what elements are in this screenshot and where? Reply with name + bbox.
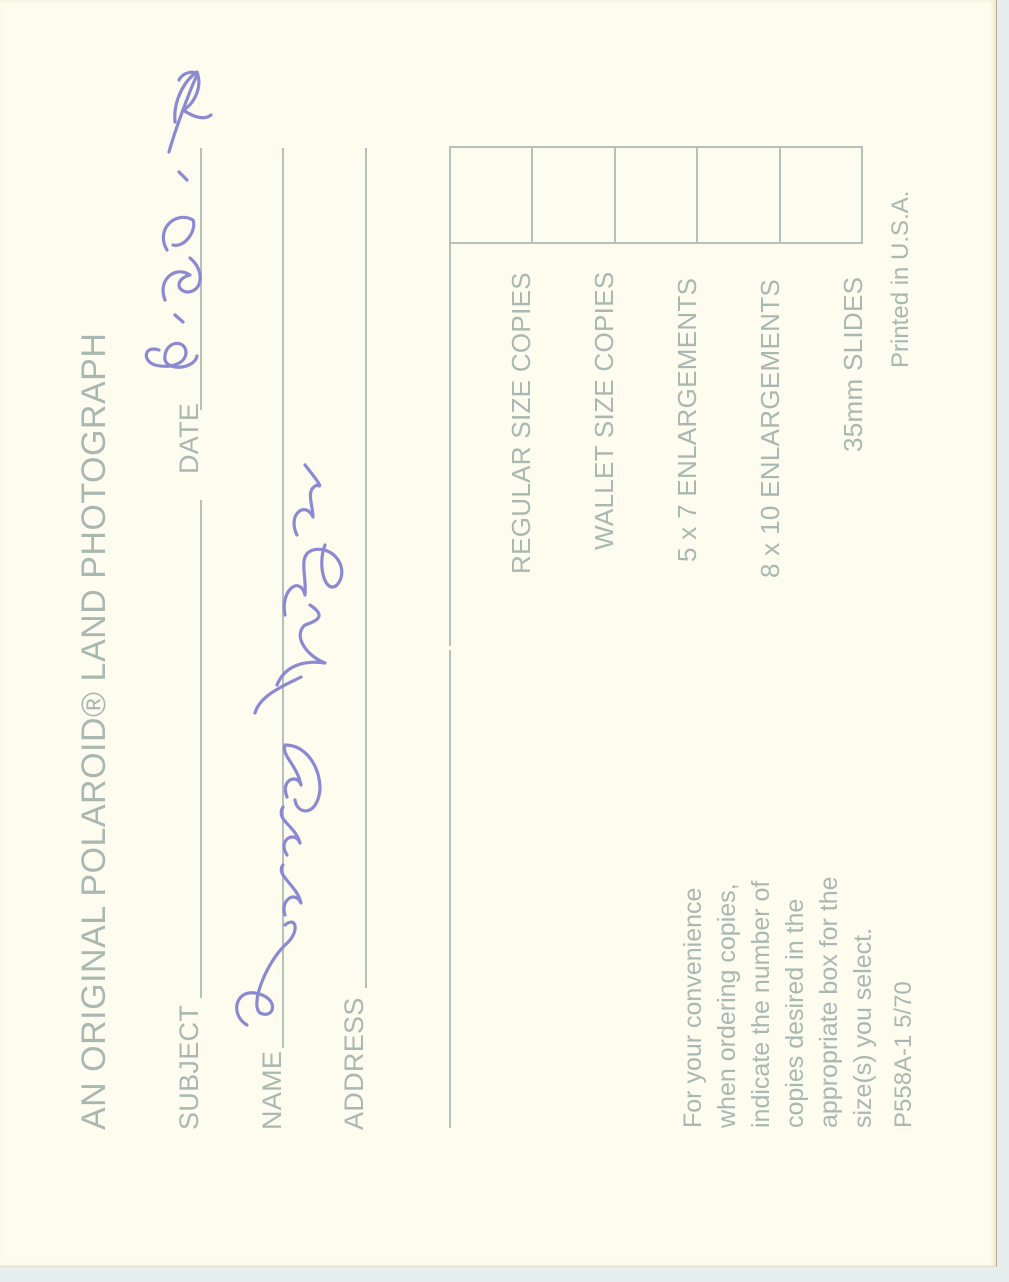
option-5x7-enlargements: 5 x 7 ENLARGEMENTS <box>674 278 700 562</box>
name-label: NAME <box>259 1051 286 1130</box>
address-field-line[interactable] <box>365 148 367 988</box>
ordering-instructions: For your convenience when ordering copie… <box>676 876 880 1128</box>
form-code: P558A-1 5/70 <box>892 981 916 1128</box>
quantity-box-35mm[interactable] <box>781 148 861 242</box>
quantity-box-8x10[interactable] <box>698 148 780 242</box>
handwritten-date <box>135 60 255 400</box>
option-wallet-size-copies: WALLET SIZE COPIES <box>591 272 617 550</box>
option-8x10-enlargements: 8 x 10 ENLARGEMENTS <box>757 279 783 578</box>
option-35mm-slides: 35mm SLIDES <box>840 277 866 452</box>
quantity-box-5x7[interactable] <box>616 148 698 242</box>
subject-label: SUBJECT <box>176 1005 203 1130</box>
subject-field-line[interactable] <box>200 500 202 998</box>
option-regular-size-copies: REGULAR SIZE COPIES <box>508 272 534 574</box>
quantity-box-wallet[interactable] <box>533 148 615 242</box>
order-section-divider-lower <box>449 650 451 1128</box>
polaroid-photo-back-card: AN ORIGINAL POLAROID® LAND PHOTOGRAPH SU… <box>0 0 997 1267</box>
date-label: DATE <box>176 403 203 474</box>
quantity-box-grid <box>449 146 863 244</box>
quantity-box-regular[interactable] <box>451 148 533 242</box>
printed-in-usa: Printed in U.S.A. <box>889 191 913 368</box>
handwritten-name <box>225 445 345 1035</box>
card-title: AN ORIGINAL POLAROID® LAND PHOTOGRAPH <box>77 333 111 1130</box>
address-label: ADDRESS <box>341 997 368 1130</box>
